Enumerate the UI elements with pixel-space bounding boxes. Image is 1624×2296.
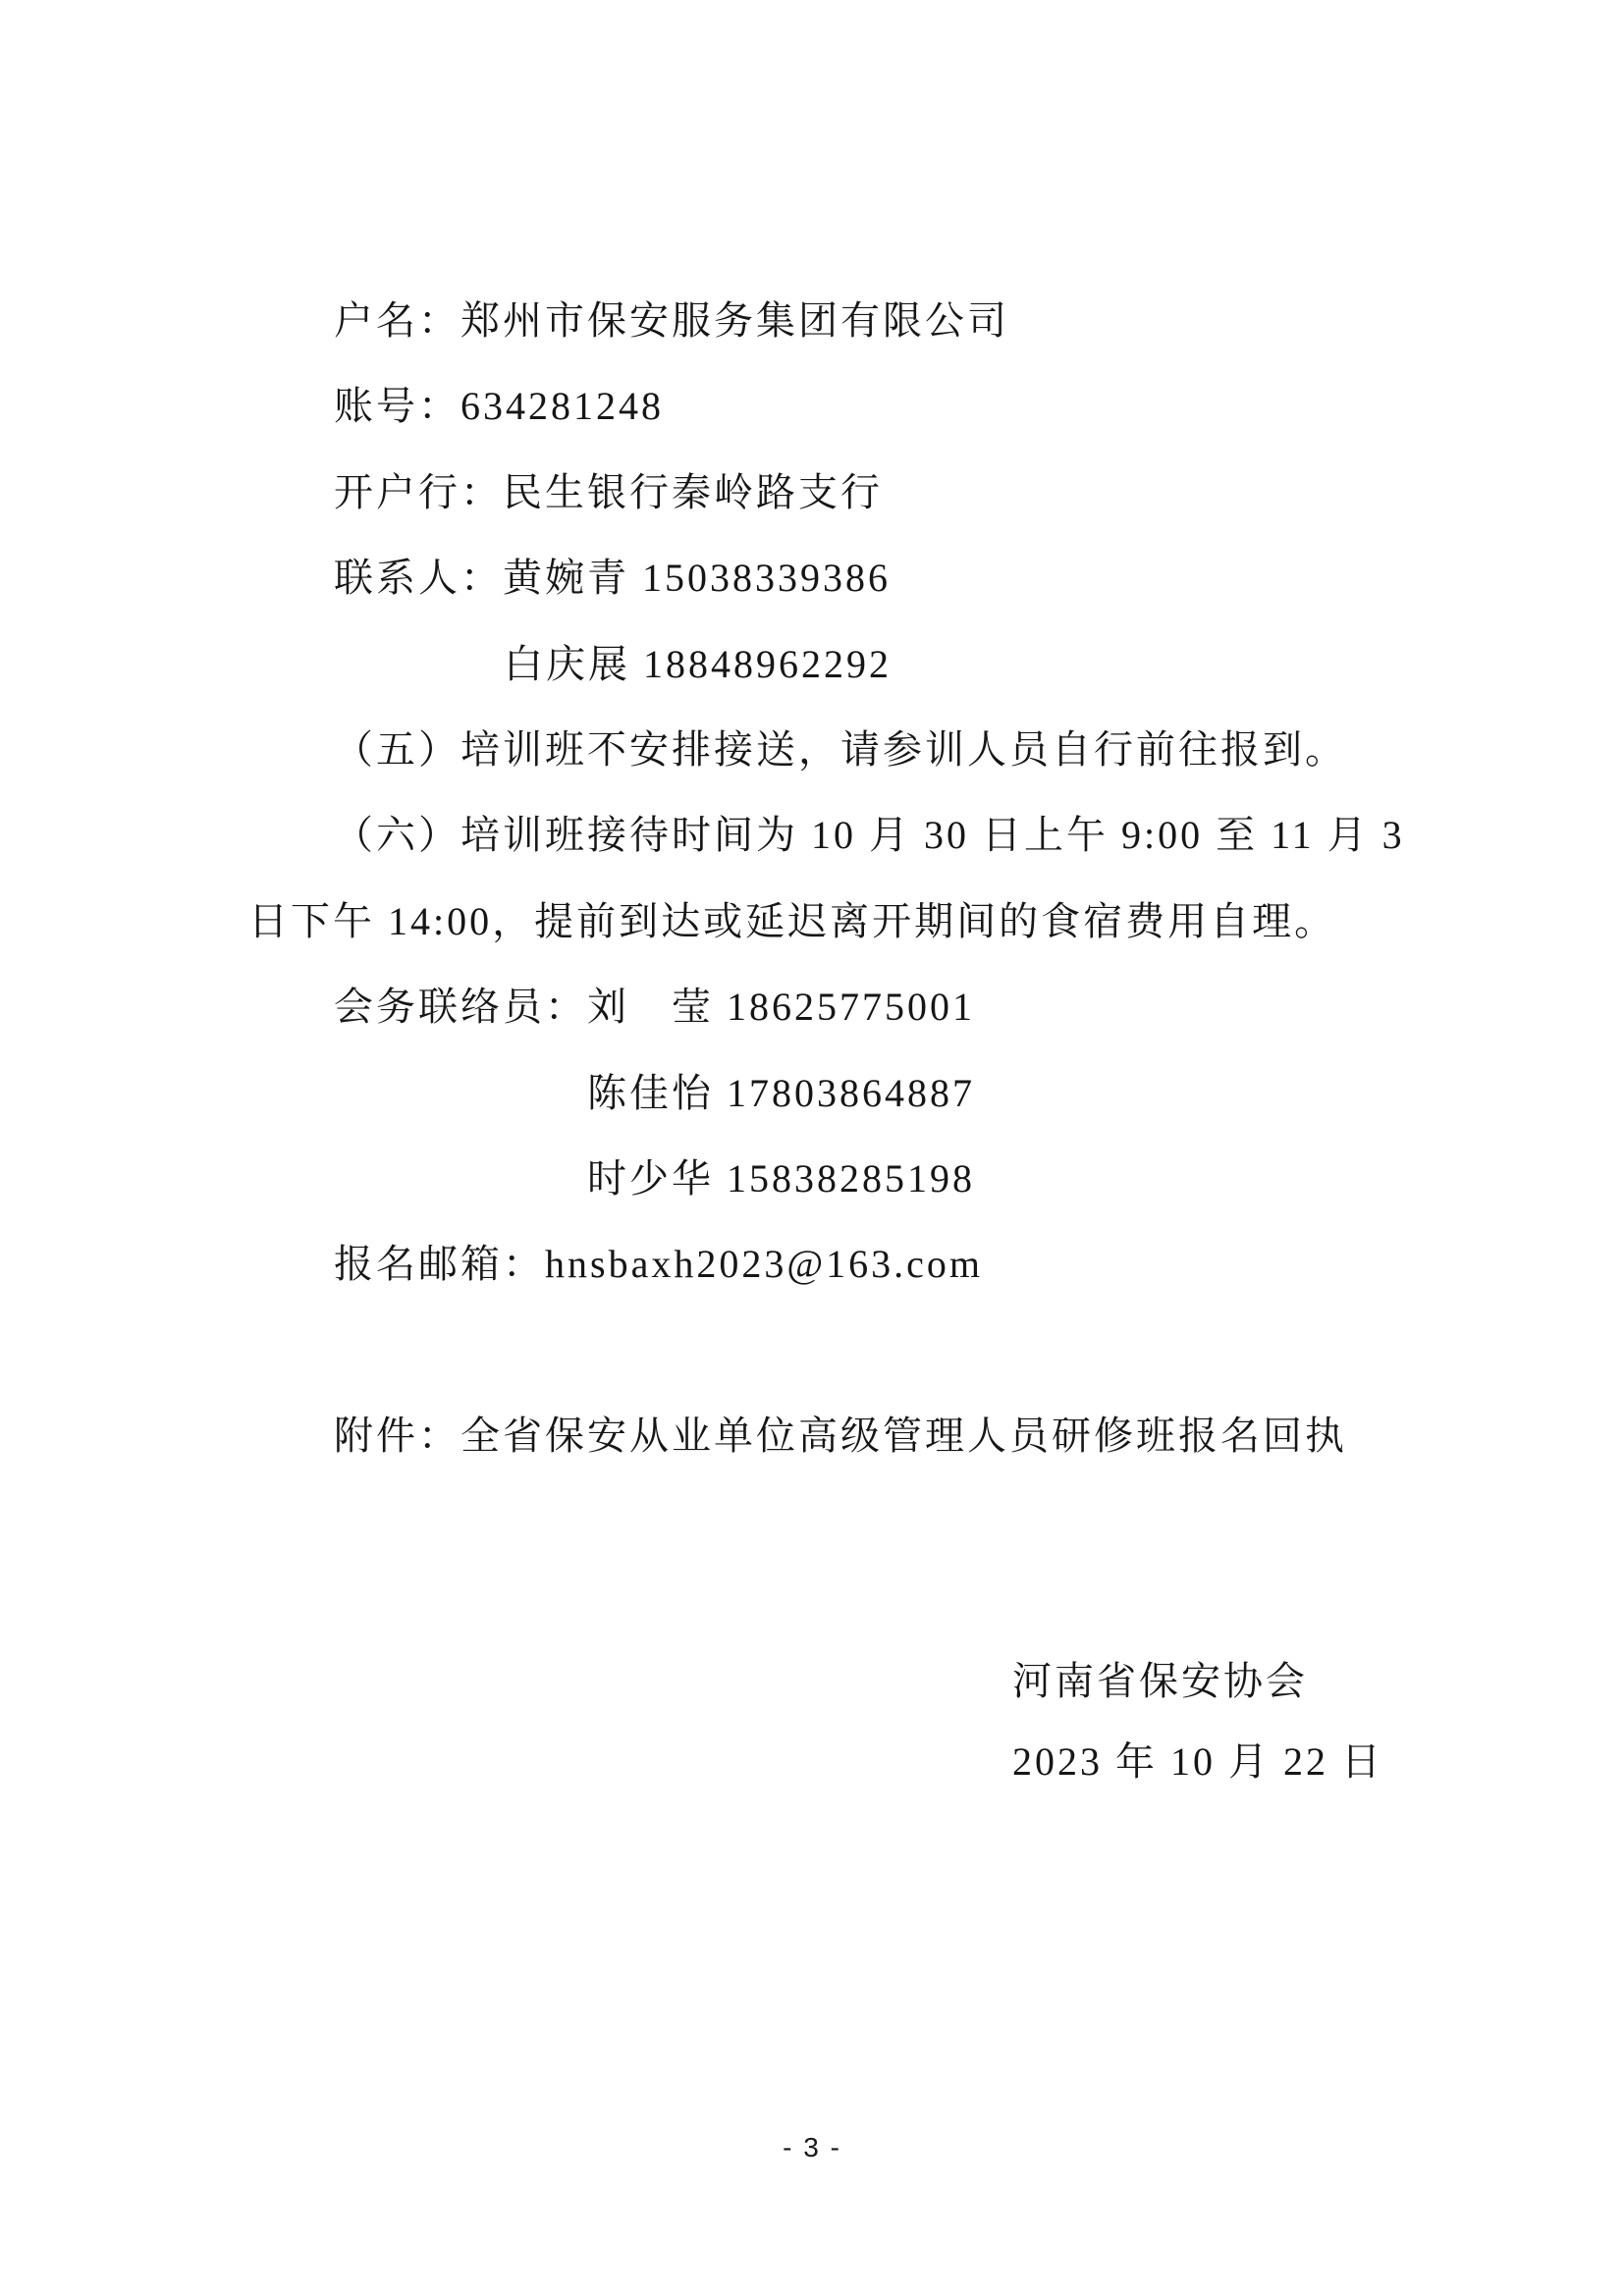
contact-person-line-1: 联系人：黄婉青 15038339386: [248, 535, 1427, 620]
account-number-line: 账号：634281248: [248, 363, 1427, 449]
item-6-line-1: （六）培训班接待时间为 10 月 30 日上午 9:00 至 11 月 3: [248, 792, 1427, 878]
contact-person-line-2: 白庆展 18848962292: [248, 621, 1427, 707]
signature-date: 2023 年 10 月 22 日: [1012, 1722, 1383, 1802]
document-body: 户名：郑州市保安服务集团有限公司 账号：634281248 开户行：民生银行秦岭…: [248, 278, 1427, 1478]
account-name-line: 户名：郑州市保安服务集团有限公司: [248, 278, 1427, 363]
signature-org: 河南省保安协会: [1012, 1641, 1383, 1722]
item-5-line: （五）培训班不安排接送，请参训人员自行前往报到。: [248, 707, 1427, 792]
liaison-line-1: 会务联络员：刘 莹 18625775001: [248, 964, 1427, 1049]
item-6-line-2: 日下午 14:00，提前到达或延迟离开期间的食宿费用自理。: [248, 879, 1427, 964]
liaison-line-3: 时少华 15838285198: [248, 1136, 1427, 1221]
liaison-line-2: 陈佳怡 17803864887: [248, 1050, 1427, 1136]
signature-block: 河南省保安协会 2023 年 10 月 22 日: [1012, 1641, 1383, 1802]
email-line: 报名邮箱：hnsbaxh2023@163.com: [248, 1221, 1427, 1307]
attachment-line: 附件：全省保安从业单位高级管理人员研修班报名回执: [248, 1393, 1427, 1478]
page-number: - 3 -: [0, 2130, 1624, 2165]
bank-branch-line: 开户行：民生银行秦岭路支行: [248, 450, 1427, 535]
document-page: 户名：郑州市保安服务集团有限公司 账号：634281248 开户行：民生银行秦岭…: [0, 0, 1624, 2296]
